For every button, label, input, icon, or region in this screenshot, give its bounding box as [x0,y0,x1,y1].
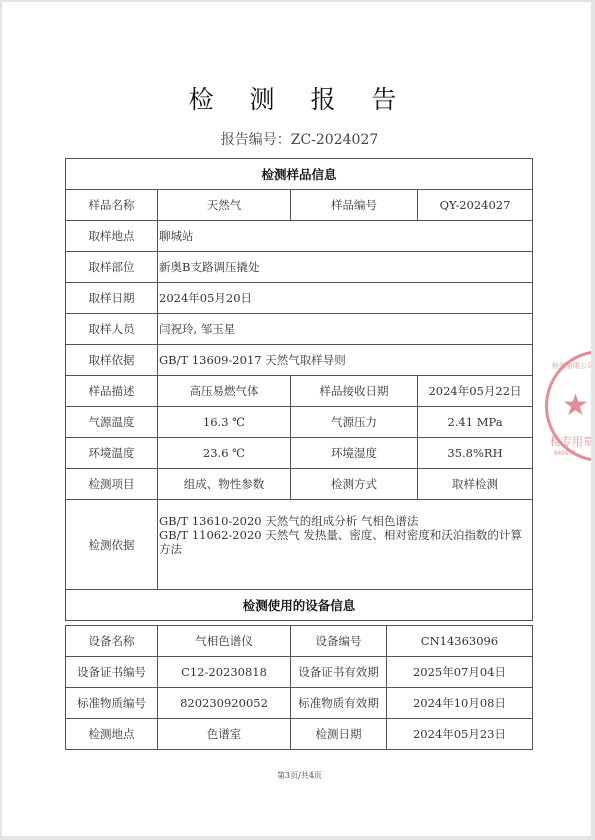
report-table: 检测样品信息 样品名称 天然气 样品编号 QY-2024027 取样地点 聊城站… [65,158,533,621]
table-row: 设备证书编号 C12-20230818 设备证书有效期 2025年07月04日 [66,657,533,688]
field-value: GB/T 13609-2017 天然气取样导则 [158,345,533,376]
field-value: 取样检测 [418,469,533,500]
table-row: 取样人员 闫祝玲, 邹玉星 [66,314,533,345]
report-page: 检 测 报 告 报告编号：ZC-2024027 检测样品信息 样品名称 天然气 … [2,2,591,836]
stamp-arc-text: 检测有限公司 [552,361,591,371]
field-value: CN14363096 [387,626,533,657]
field-value: 820230920052 [158,688,291,719]
field-value: 23.6 ℃ [158,438,291,469]
field-value: 35.8%RH [418,438,533,469]
sample-section-header-row: 检测样品信息 [66,159,533,190]
field-value: 闫祝玲, 邹玉星 [158,314,533,345]
field-label: 标准物质有效期 [291,688,387,719]
table-row: 检测地点 色谱室 检测日期 2024年05月23日 [66,719,533,750]
document-title: 检 测 报 告 [2,80,591,116]
field-value: 2024年05月22日 [418,376,533,407]
test-basis-value: GB/T 13610-2020 天然气的组成分析 气相色谱法 GB/T 1106… [158,500,533,590]
field-label: 环境湿度 [291,438,418,469]
official-seal-stamp: 检测有限公司 ★ 检专用章 049177 [545,350,591,462]
table-row: 气源温度 16.3 ℃ 气源压力 2.41 MPa [66,407,533,438]
field-label: 样品编号 [291,190,418,221]
field-label: 设备证书有效期 [291,657,387,688]
table-row: 检测项目 组成、物性参数 检测方式 取样检测 [66,469,533,500]
equipment-section-header: 检测使用的设备信息 [66,590,533,621]
table-row-basis: 检测依据 GB/T 13610-2020 天然气的组成分析 气相色谱法 GB/T… [66,500,533,590]
field-label: 检测日期 [291,719,387,750]
test-basis-line: GB/T 11062-2020 天然气 发热量、密度、相对密度和沃泊指数的计算方… [159,528,530,556]
field-label: 样品名称 [66,190,158,221]
field-label: 环境温度 [66,438,158,469]
field-label: 气源压力 [291,407,418,438]
report-number: 报告编号：ZC-2024027 [2,129,591,149]
equipment-table: 设备名称 气相色谱仪 设备编号 CN14363096 设备证书编号 C12-20… [65,625,533,750]
equipment-section-header-row: 检测使用的设备信息 [66,590,533,621]
field-label: 取样地点 [66,221,158,252]
field-label: 取样日期 [66,283,158,314]
sample-section-header: 检测样品信息 [66,159,533,190]
field-label: 样品描述 [66,376,158,407]
table-row: 取样部位 新奥B支路调压撬处 [66,252,533,283]
table-row: 取样日期 2024年05月20日 [66,283,533,314]
field-label: 检测项目 [66,469,158,500]
field-value: C12-20230818 [158,657,291,688]
field-value: 天然气 [158,190,291,221]
field-label: 气源温度 [66,407,158,438]
field-label: 取样依据 [66,345,158,376]
field-label: 取样部位 [66,252,158,283]
table-row: 取样依据 GB/T 13609-2017 天然气取样导则 [66,345,533,376]
field-value: 2024年05月23日 [387,719,533,750]
stamp-text: 检专用章 [550,433,591,449]
field-label: 取样人员 [66,314,158,345]
field-label: 检测依据 [66,500,158,590]
table-row: 标准物质编号 820230920052 标准物质有效期 2024年10月08日 [66,688,533,719]
table-row: 样品名称 天然气 样品编号 QY-2024027 [66,190,533,221]
field-label: 设备名称 [66,626,158,657]
table-row: 环境温度 23.6 ℃ 环境湿度 35.8%RH [66,438,533,469]
field-label: 设备编号 [291,626,387,657]
field-label: 设备证书编号 [66,657,158,688]
field-value: 2.41 MPa [418,407,533,438]
field-value: 气相色谱仪 [158,626,291,657]
field-value: 16.3 ℃ [158,407,291,438]
table-row: 样品描述 高压易燃气体 样品接收日期 2024年05月22日 [66,376,533,407]
field-label: 标准物质编号 [66,688,158,719]
field-value: 色谱室 [158,719,291,750]
stamp-number: 049177 [554,450,576,457]
field-value: 2024年10月08日 [387,688,533,719]
field-value: QY-2024027 [418,190,533,221]
field-label: 检测地点 [66,719,158,750]
field-value: 聊城站 [158,221,533,252]
table-row: 设备名称 气相色谱仪 设备编号 CN14363096 [66,626,533,657]
table-row: 取样地点 聊城站 [66,221,533,252]
page-number: 第3页/共4页 [2,770,591,781]
field-value: 2025年07月04日 [387,657,533,688]
field-value: 组成、物性参数 [158,469,291,500]
field-label: 样品接收日期 [291,376,418,407]
field-value: 新奥B支路调压撬处 [158,252,533,283]
test-basis-line: GB/T 13610-2020 天然气的组成分析 气相色谱法 [159,514,530,528]
field-value: 2024年05月20日 [158,283,533,314]
field-label: 检测方式 [291,469,418,500]
star-icon: ★ [562,391,589,421]
field-value: 高压易燃气体 [158,376,291,407]
